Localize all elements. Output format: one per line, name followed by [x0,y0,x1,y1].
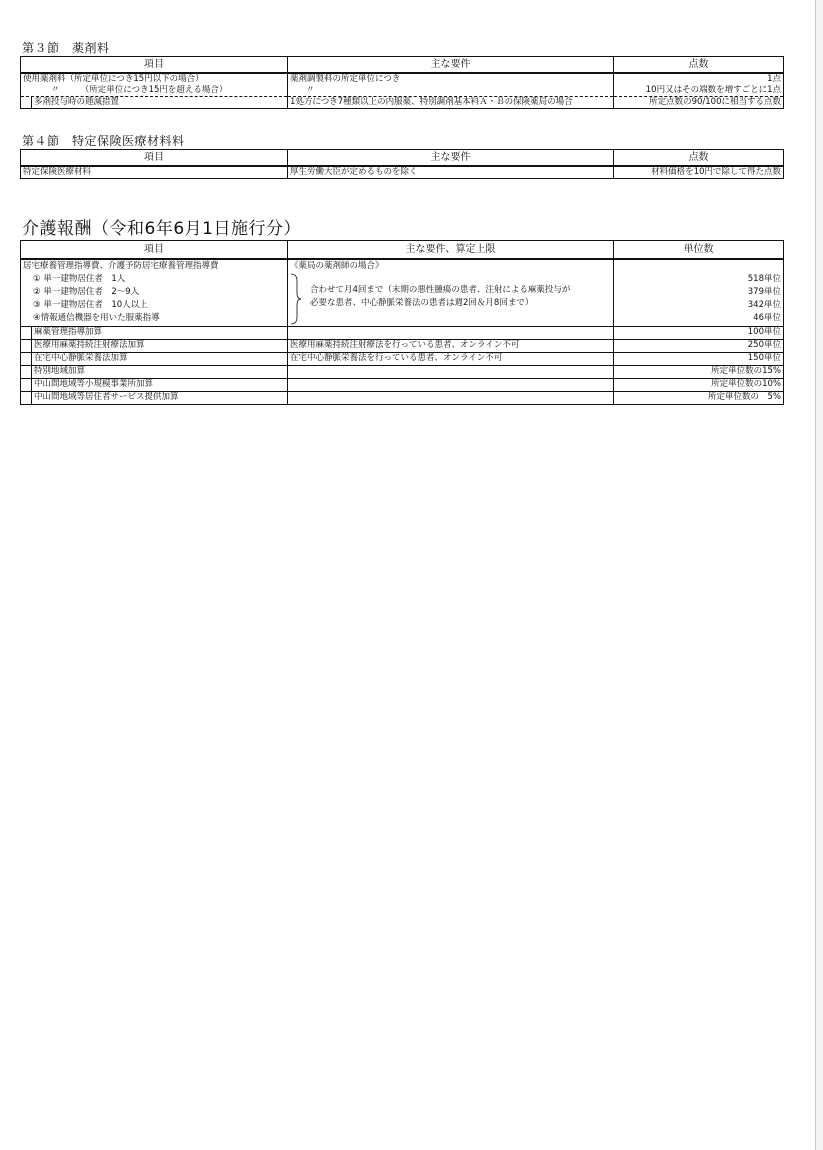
subitem-units: 379単位 [616,286,781,299]
subitem-label: ① 単一建物居住者 1人 [23,273,285,286]
cell-requirement: 〃 [288,85,614,97]
cell-units: 所定単位数の15% [614,366,784,379]
cell-item: 麻薬管理指導加算 [31,327,285,339]
col-header-requirements: 主な要件、算定上限 [288,241,614,260]
cell-item: 多剤投与時の逓減措置 [31,97,285,108]
subitem-label: ② 単一建物居住者 2～9人 [23,286,285,299]
cell-requirement: 医療用麻薬持続注射療法を行っている患者、オンライン不可 [288,340,614,353]
cell-item: 在宅中心静脈栄養法加算 [31,353,285,365]
table-row: 中山間地域等小規模事業所加算 所定単位数の10% [21,379,784,392]
section3-table: 項目 主な要件 点数 使用薬剤料（所定単位につき15円以下の場合） 薬剤調製料の… [20,56,784,109]
brace-icon [291,273,301,325]
table-row: 多剤投与時の逓減措置 1処方につき7種類以上の内服薬、特別調剤基本料Ａ・Ｂの保険… [21,97,784,109]
cell-units: 100単位 [614,327,784,340]
cell-item: 特定保険医療材料 [21,166,288,179]
cell-requirement [288,392,614,405]
cell-requirement: 1処方につき7種類以上の内服薬、特別調剤基本料Ａ・Ｂの保険薬局の場合 [288,97,614,109]
cell-item: 〃 （所定単位につき15円を超える場合） [21,85,288,97]
subitem-label: ④情報通信機器を用いた服薬指導 [23,312,285,325]
cell-item: 医療用麻薬持続注射療法加算 [31,340,285,352]
cell-points: 1点 [614,73,784,85]
col-header-item: 項目 [21,57,288,74]
cell-points: 10円又はその端数を増すごとに1点 [614,85,784,97]
table-row: 中山間地域等居住者サービス提供加算 所定単位数の 5% [21,392,784,405]
table-row: 特定保険医療材料 厚生労働大臣が定めるものを除く 材料価格を10円で除して得た点… [21,166,784,179]
cell-requirement: 在宅中心静脈栄養法を行っている患者、オンライン不可 [288,353,614,366]
kaigo-table: 項目 主な要件、算定上限 単位数 居宅療養管理指導費、介護予防居宅療養管理指導費… [20,240,784,405]
col-header-points: 点数 [614,57,784,74]
subitem-units: 342単位 [616,299,781,312]
cell-item: 特別地域加算 [31,366,285,378]
requirement-title: 《薬局の薬剤師の場合》 [290,260,611,273]
cell-requirement: 厚生労働大臣が定めるものを除く [288,166,614,179]
subitem-label: ③ 単一建物居住者 10人以上 [23,299,285,312]
table-row: 特別地域加算 所定単位数の15% [21,366,784,379]
cell-points: 材料価格を10円で除して得た点数 [614,166,784,179]
col-header-requirements: 主な要件 [288,57,614,74]
table-row: 在宅中心静脈栄養法加算 在宅中心静脈栄養法を行っている患者、オンライン不可 15… [21,353,784,366]
cell-requirement: 薬剤調製料の所定単位につき [288,73,614,85]
subitem-units: 518単位 [616,273,781,286]
table-row: 〃 （所定単位につき15円を超える場合） 〃 10円又はその端数を増すごとに1点 [21,85,784,97]
cell-requirement [288,379,614,392]
cell-points: 所定点数の90/100に相当する点数 [614,97,784,109]
cell-item: 中山間地域等小規模事業所加算 [31,379,285,391]
table-row: 使用薬剤料（所定単位につき15円以下の場合） 薬剤調製料の所定単位につき 1点 [21,73,784,85]
table-row: 麻薬管理指導加算 100単位 [21,327,784,340]
cell-units: 所定単位数の10% [614,379,784,392]
cell-units: 150単位 [614,353,784,366]
cell-requirement [288,327,614,340]
col-header-item: 項目 [21,241,288,260]
section4-table: 項目 主な要件 点数 特定保険医療材料 厚生労働大臣が定めるものを除く 材料価格… [20,149,784,179]
kaigo-title: 介護報酬（令和6年6月1日施行分） [22,214,301,239]
requirement-line: 必要な患者、中心静脈栄養法の患者は週2回＆月8回まで） [310,297,570,310]
cell-item: 居宅療養管理指導費、介護予防居宅療養管理指導費 [23,260,285,273]
section3-title: 第３節 薬剤料 [22,39,110,56]
cell-units: 所定単位数の 5% [614,392,784,405]
table-row-main: 居宅療養管理指導費、介護予防居宅療養管理指導費 ① 単一建物居住者 1人 ② 単… [21,259,784,327]
col-header-units: 単位数 [614,241,784,260]
scrollbar-track[interactable] [815,0,823,1150]
col-header-item: 項目 [21,150,288,167]
cell-item: 使用薬剤料（所定単位につき15円以下の場合） [21,73,288,85]
section4-title: 第４節 特定保険医療材料料 [22,132,185,149]
cell-units: 250単位 [614,340,784,353]
table-row: 医療用麻薬持続注射療法加算 医療用麻薬持続注射療法を行っている患者、オンライン不… [21,340,784,353]
cell-item: 中山間地域等居住者サービス提供加算 [31,392,285,404]
cell-requirement [288,366,614,379]
col-header-points: 点数 [614,150,784,167]
subitem-units: 46単位 [616,312,781,325]
requirement-line: 合わせて月4回まで（末期の悪性腫瘍の患者、注射による麻薬投与が [310,284,570,297]
col-header-requirements: 主な要件 [288,150,614,167]
